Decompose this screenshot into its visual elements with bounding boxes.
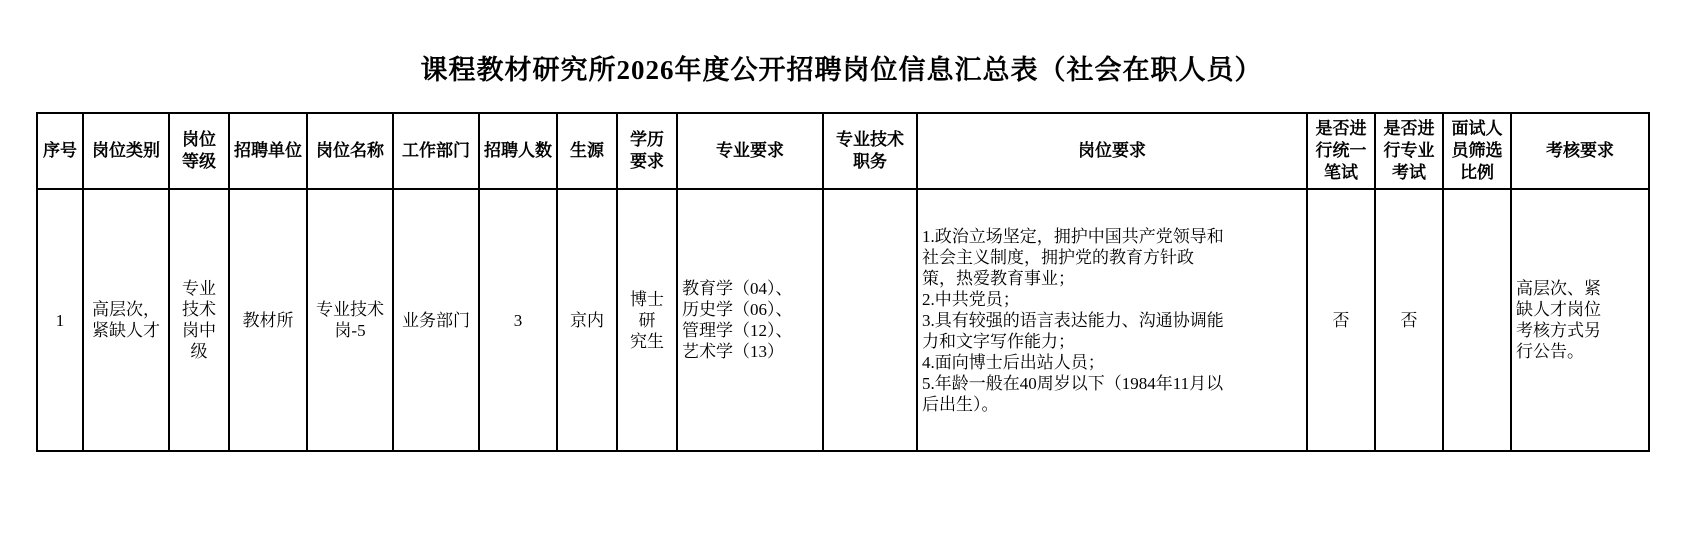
cell-xueli-yaoqiu: 博士研 究生 [617, 189, 677, 451]
header-cell-gangwei-leibie: 岗位类别 [83, 113, 169, 189]
header-cell-zhaopin-danwei: 招聘单位 [229, 113, 307, 189]
positions-table-head: 序号岗位类别岗位 等级招聘单位岗位名称工作部门招聘人数生源学历 要求专业要求专业… [37, 113, 1649, 189]
header-cell-xueli-yaoqiu: 学历 要求 [617, 113, 677, 189]
header-cell-gangwei-dengji: 岗位 等级 [169, 113, 229, 189]
positions-table: 序号岗位类别岗位 等级招聘单位岗位名称工作部门招聘人数生源学历 要求专业要求专业… [36, 112, 1650, 452]
header-cell-shengyuan: 生源 [557, 113, 617, 189]
cell-shengyuan: 京内 [557, 189, 617, 451]
cell-mianshi-bili [1443, 189, 1511, 451]
cell-gongzuo-bumen: 业务部门 [393, 189, 479, 451]
header-cell-gongzuo-bumen: 工作部门 [393, 113, 479, 189]
cell-gangwei-leibie: 高层次， 紧缺人才 [83, 189, 169, 451]
cell-kaohe-yaoqiu: 高层次、紧 缺人才岗位 考核方式另 行公告。 [1511, 189, 1649, 451]
table-row: 1高层次， 紧缺人才专业 技术 岗中 级教材所专业技术 岗-5业务部门3京内博士… [37, 189, 1649, 451]
cell-tongyi-bishi: 否 [1307, 189, 1375, 451]
cell-zhaopin-renshu: 3 [479, 189, 557, 451]
header-cell-zhaopin-renshu: 招聘人数 [479, 113, 557, 189]
header-cell-mianshi-bili: 面试人 员筛选 比例 [1443, 113, 1511, 189]
cell-zhuanye-kaoshi: 否 [1375, 189, 1443, 451]
page-title: 课程教材研究所2026年度公开招聘岗位信息汇总表（社会在职人员） [0, 54, 1683, 87]
cell-zhuanye-yaoqiu: 教育学（04）、 历史学（06）、 管理学（12）、 艺术学（13） [677, 189, 823, 451]
positions-table-body: 1高层次， 紧缺人才专业 技术 岗中 级教材所专业技术 岗-5业务部门3京内博士… [37, 189, 1649, 451]
header-cell-kaohe-yaoqiu: 考核要求 [1511, 113, 1649, 189]
header-cell-tongyi-bishi: 是否进 行统一 笔试 [1307, 113, 1375, 189]
header-row: 序号岗位类别岗位 等级招聘单位岗位名称工作部门招聘人数生源学历 要求专业要求专业… [37, 113, 1649, 189]
cell-xuhao: 1 [37, 189, 83, 451]
header-cell-gangwei-mingcheng: 岗位名称 [307, 113, 393, 189]
header-cell-zhuanye-jishu-zhiwu: 专业技术 职务 [823, 113, 917, 189]
header-cell-zhuanye-kaoshi: 是否进 行专业 考试 [1375, 113, 1443, 189]
cell-gangwei-yaoqiu: 1.政治立场坚定，拥护中国共产党领导和 社会主义制度，拥护党的教育方针政 策，热… [917, 189, 1307, 451]
cell-zhaopin-danwei: 教材所 [229, 189, 307, 451]
cell-gangwei-mingcheng: 专业技术 岗-5 [307, 189, 393, 451]
header-cell-gangwei-yaoqiu: 岗位要求 [917, 113, 1307, 189]
header-cell-xuhao: 序号 [37, 113, 83, 189]
cell-zhuanye-jishu-zhiwu [823, 189, 917, 451]
cell-gangwei-dengji: 专业 技术 岗中 级 [169, 189, 229, 451]
header-cell-zhuanye-yaoqiu: 专业要求 [677, 113, 823, 189]
